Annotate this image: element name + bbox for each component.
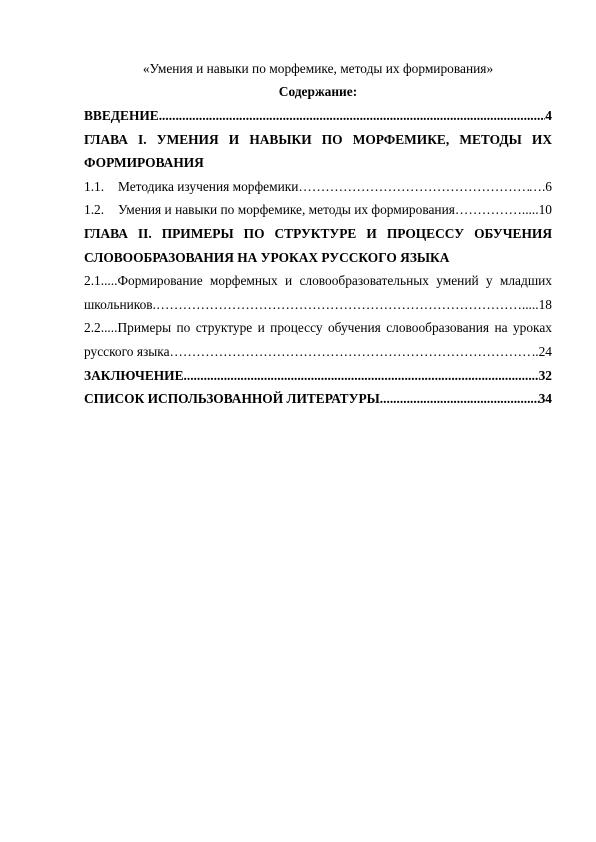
toc-entry-label: ФОРМИРОВАНИЯ [84, 151, 204, 175]
toc-page-number: 6 [545, 175, 552, 199]
toc-entry-chapter-2-line-2[interactable]: СЛОВООБРАЗОВАНИЯ НА УРОКАХ РУССКОГО ЯЗЫК… [84, 246, 552, 270]
toc-entry-chapter-2-line-1[interactable]: ГЛАВА II. ПРИМЕРЫ ПО СТРУКТУРЕ И ПРОЦЕСС… [84, 222, 552, 246]
toc-leader-tail: ..... [522, 198, 539, 222]
toc-entry-label: СПИСОК ИСПОЛЬЗОВАННОЙ ЛИТЕРАТУРЫ [84, 387, 380, 411]
toc-entry-section-2-1-line-2[interactable]: школьников. ..... 18 [84, 293, 552, 317]
toc-page-number: 4 [545, 104, 552, 128]
toc-entry-label: русского языка [84, 340, 170, 364]
toc-page-number: 32 [539, 364, 552, 388]
toc-leader-tail: ..... [522, 293, 539, 317]
toc-leader-tail: …. [529, 175, 546, 199]
toc-leader-tail: .. [532, 340, 539, 364]
toc-entry-section-2-2-line-1[interactable]: 2.2.....Примеры по структуре и процессу … [84, 316, 552, 340]
toc-entry-label: школьников. [84, 293, 156, 317]
toc-entry-label: ЗАКЛЮЧЕНИЕ [84, 364, 184, 388]
toc-page-number: 34 [539, 387, 552, 411]
toc-entry-number: 1.1. [84, 175, 118, 199]
dot-leader [170, 340, 532, 364]
toc-entry-chapter-1-line-1[interactable]: ГЛАВА I. УМЕНИЯ И НАВЫКИ ПО МОРФЕМИКЕ, М… [84, 128, 552, 152]
dot-leader [156, 293, 522, 317]
toc-entry-number: 1.2. [84, 198, 118, 222]
toc-entry-label: СЛОВООБРАЗОВАНИЯ НА УРОКАХ РУССКОГО ЯЗЫК… [84, 246, 449, 270]
dot-leader [455, 198, 522, 222]
toc-entry-section-2-1-line-1[interactable]: 2.1.....Формирование морфемных и словооб… [84, 269, 552, 293]
toc-heading: Содержание: [84, 83, 552, 101]
dot-leader [298, 175, 528, 199]
toc-entry-section-1-1[interactable]: 1.1. Методика изучения морфемики …. 6 [84, 175, 552, 199]
toc-entry-section-2-2-line-2[interactable]: русского языка .. 24 [84, 340, 552, 364]
toc-entry-conclusion[interactable]: ЗАКЛЮЧЕНИЕ 32 [84, 364, 552, 388]
toc-entry-label: ВВЕДЕНИЕ [84, 104, 159, 128]
document-title: «Умения и навыки по морфемике, методы их… [84, 60, 552, 78]
table-of-contents: ВВЕДЕНИЕ 4 ГЛАВА I. УМЕНИЯ И НАВЫКИ ПО М… [84, 104, 552, 411]
dot-leader [184, 364, 539, 388]
toc-entry-label: Умения и навыки по морфемике, методы их … [118, 198, 455, 222]
toc-entry-introduction[interactable]: ВВЕДЕНИЕ 4 [84, 104, 552, 128]
dot-leader [159, 104, 546, 128]
toc-entry-section-1-2[interactable]: 1.2. Умения и навыки по морфемике, метод… [84, 198, 552, 222]
dot-leader [380, 387, 539, 411]
toc-entry-chapter-1-line-2[interactable]: ФОРМИРОВАНИЯ [84, 151, 552, 175]
toc-entry-label: Методика изучения морфемики [118, 175, 298, 199]
toc-entry-references[interactable]: СПИСОК ИСПОЛЬЗОВАННОЙ ЛИТЕРАТУРЫ 34 [84, 387, 552, 411]
toc-page-number: 18 [539, 293, 552, 317]
toc-page-number: 10 [539, 198, 552, 222]
toc-page-number: 24 [539, 340, 552, 364]
